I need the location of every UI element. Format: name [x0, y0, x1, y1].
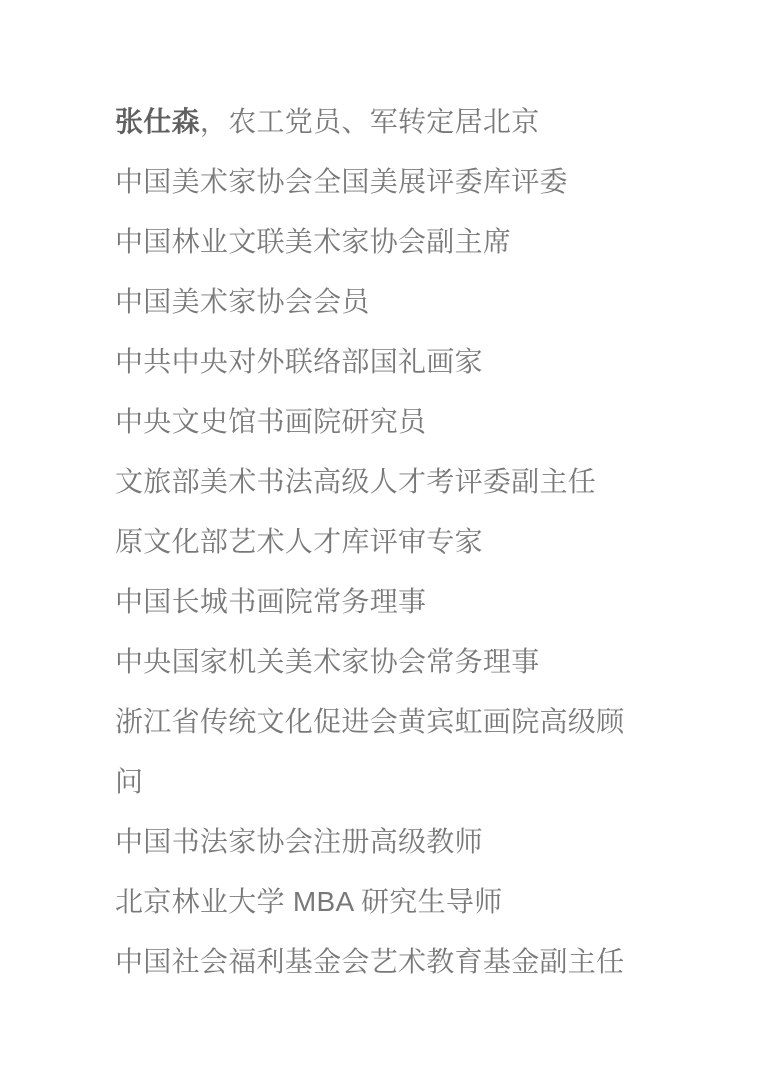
credential-line: 北京林业大学 MBA 研究生导师 — [115, 872, 627, 932]
credential-line: 浙江省传统文化促进会黄宾虹画院高级顾问 — [115, 692, 627, 812]
credential-line: 中国美术家协会全国美展评委库评委 — [115, 152, 627, 212]
credential-line: 原文化部艺术人才库评审专家 — [115, 512, 627, 572]
credential-line: 中国社会福利基金会艺术教育基金副主任 — [115, 932, 627, 992]
intro-line: 张仕森，农工党员、军转定居北京 — [115, 92, 627, 152]
credential-line: 中央文史馆书画院研究员 — [115, 392, 627, 452]
credential-line: 中国美术家协会会员 — [115, 272, 627, 332]
credential-line: 中国书法家协会注册高级教师 — [115, 812, 627, 872]
article-page: 张仕森，农工党员、军转定居北京 中国美术家协会全国美展评委库评委 中国林业文联美… — [0, 0, 627, 992]
credential-line: 文旅部美术书法高级人才考评委副主任 — [115, 452, 627, 512]
intro-text: ，农工党员、军转定居北京 — [200, 106, 540, 137]
credential-line: 中央国家机关美术家协会常务理事 — [115, 632, 627, 692]
credential-line: 中国林业文联美术家协会副主席 — [115, 212, 627, 272]
credential-line: 中国长城书画院常务理事 — [115, 572, 627, 632]
person-name: 张仕森 — [115, 106, 200, 137]
credential-line: 中共中央对外联络部国礼画家 — [115, 332, 627, 392]
